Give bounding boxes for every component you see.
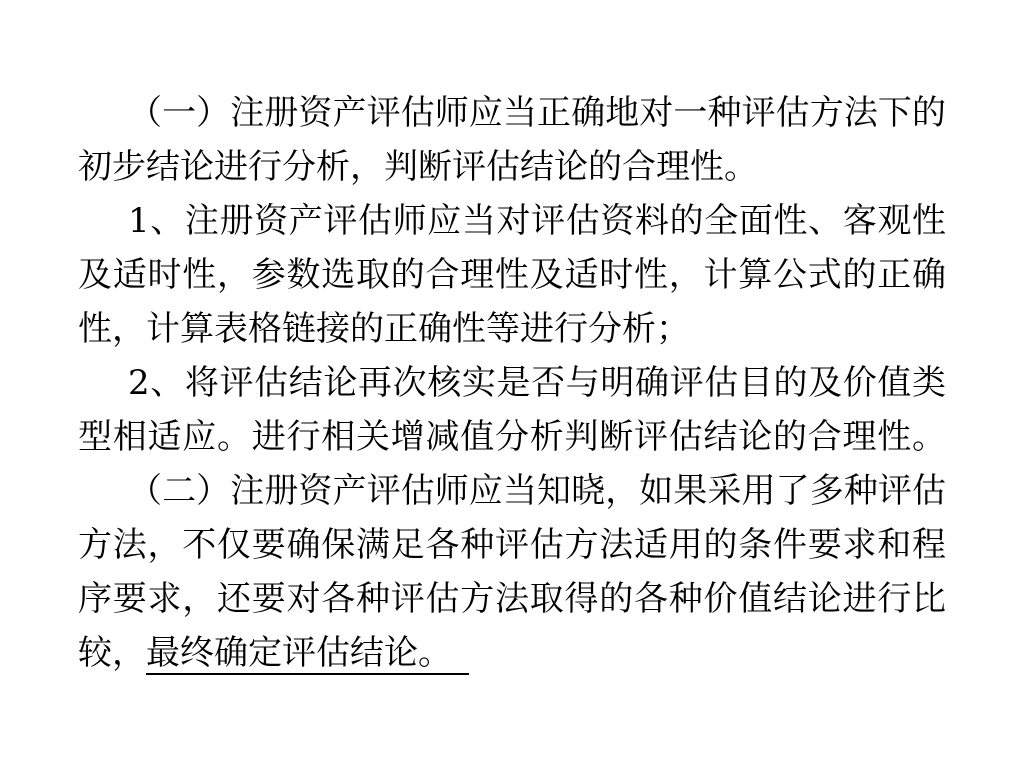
- underlined-text-segment: 最终确定评估结论。: [146, 633, 469, 673]
- text-segment: 性，计算表格链接的正确性等进行分析；: [78, 309, 690, 349]
- slide-text-block: （一）注册资产评估师应当正确地对一种评估方法下的初步结论进行分析，判断评估结论的…: [78, 86, 946, 680]
- text-segment: 型相适应。进行相关增减值分析判断评估结论的合理性。: [78, 417, 946, 457]
- text-line: （一）注册资产评估师应当正确地对一种评估方法下的: [78, 86, 946, 140]
- text-segment: （一）注册资产评估师应当正确地对一种评估方法下的: [128, 93, 946, 133]
- text-line: 2、将评估结论再次核实是否与明确评估目的及价值类: [78, 356, 946, 410]
- text-line: 型相适应。进行相关增减值分析判断评估结论的合理性。: [78, 410, 946, 464]
- text-segment: 序要求，还要对各种评估方法取得的各种价值结论进行比: [78, 579, 946, 619]
- text-line: 较，最终确定评估结论。: [78, 626, 946, 680]
- text-segment: 初步结论进行分析，判断评估结论的合理性。: [78, 147, 758, 187]
- text-line: 初步结论进行分析，判断评估结论的合理性。: [78, 140, 946, 194]
- text-segment: 及适时性，参数选取的合理性及适时性，计算公式的正确: [78, 255, 946, 295]
- text-segment: 方法，不仅要确保满足各种评估方法适用的条件要求和程: [78, 525, 946, 565]
- text-line: （二）注册资产评估师应当知晓，如果采用了多种评估: [78, 464, 946, 518]
- text-segment: 2、将评估结论再次核实是否与明确评估目的及价值类: [128, 363, 946, 403]
- slide-page: （一）注册资产评估师应当正确地对一种评估方法下的初步结论进行分析，判断评估结论的…: [0, 0, 1024, 768]
- text-line: 1、注册资产评估师应当对评估资料的全面性、客观性: [78, 194, 946, 248]
- text-line: 性，计算表格链接的正确性等进行分析；: [78, 302, 946, 356]
- text-segment: 较，: [78, 633, 146, 673]
- text-segment: （二）注册资产评估师应当知晓，如果采用了多种评估: [128, 471, 946, 511]
- text-line: 方法，不仅要确保满足各种评估方法适用的条件要求和程: [78, 518, 946, 572]
- text-line: 及适时性，参数选取的合理性及适时性，计算公式的正确: [78, 248, 946, 302]
- text-line: 序要求，还要对各种评估方法取得的各种价值结论进行比: [78, 572, 946, 626]
- text-segment: 1、注册资产评估师应当对评估资料的全面性、客观性: [128, 201, 946, 241]
